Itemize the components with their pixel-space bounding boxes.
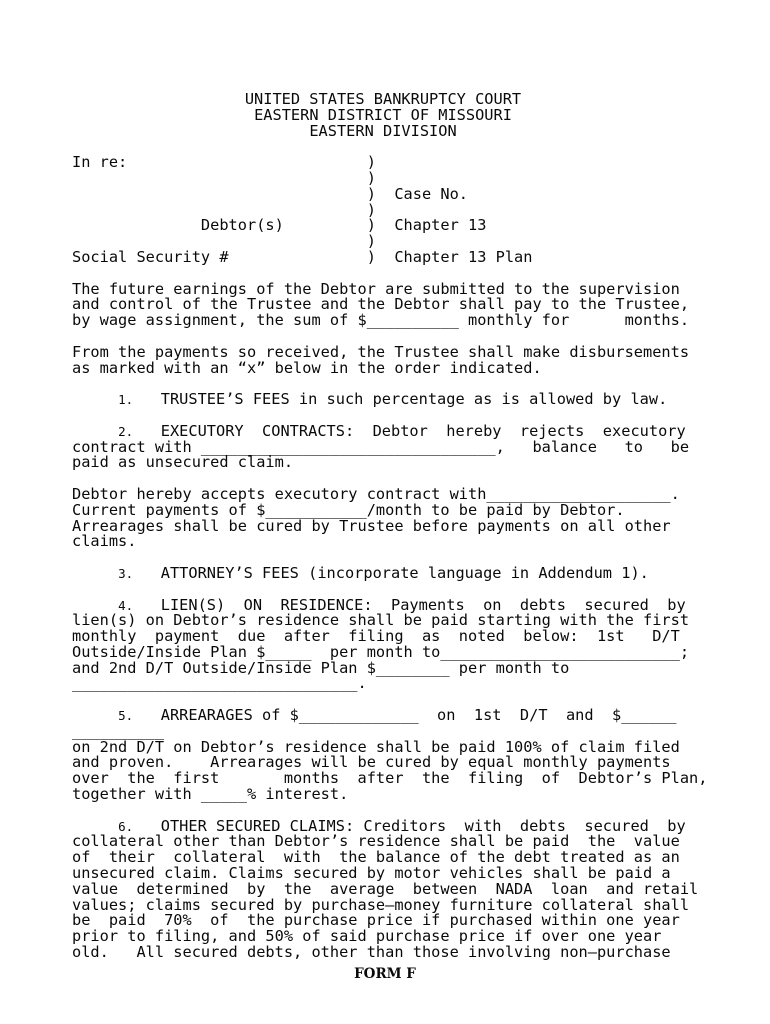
chapter-13-plan-document: UNITED STATES BANKRUPTCY COURTEASTERN DI…: [72, 92, 694, 961]
case-caption-line: Social Security # ) Chapter 13 Plan: [72, 250, 694, 266]
item-2-executory-contracts-line: paid as unsecured claim.: [72, 455, 694, 471]
paragraph-wage-assignment-line: by wage assignment, the sum of $________…: [72, 313, 694, 329]
item-indent: [72, 564, 118, 582]
item-number: 4.: [118, 598, 133, 613]
item-1-trustees-fees-line: 1. TRUSTEE’S FEES in such percentage as …: [72, 392, 694, 408]
paragraph-accepts-contract-line: Arrearages shall be cured by Trustee bef…: [72, 519, 694, 535]
item-number: 3.: [118, 566, 133, 581]
item-number: 1.: [118, 392, 133, 407]
paragraph-accepts-contract-line: claims.: [72, 534, 694, 550]
item-number: 5.: [118, 708, 133, 723]
document-page: UNITED STATES BANKRUPTCY COURTEASTERN DI…: [0, 0, 770, 1024]
item-number: 6.: [118, 819, 133, 834]
item-4-liens-on-residence-line: _______________________________.: [72, 676, 694, 692]
item-text: ARREARAGES of $_____________ on 1st D/T …: [133, 706, 676, 724]
form-label: FORM F: [0, 966, 770, 982]
paragraph-disbursements-line: as marked with an “x” below in the order…: [72, 361, 694, 377]
item-5-arrearages-line: 5. ARREARAGES of $_____________ on 1st D…: [72, 708, 694, 724]
item-indent: [72, 390, 118, 408]
item-5-arrearages-line: together with _____% interest.: [72, 787, 694, 803]
item-text: ATTORNEY’S FEES (incorporate language in…: [133, 564, 649, 582]
court-header-line: EASTERN DIVISION: [72, 124, 694, 140]
item-6-other-secured-claims-line: old. All secured debts, other than those…: [72, 945, 694, 961]
item-number: 2.: [118, 424, 133, 439]
item-text: TRUSTEE’S FEES in such percentage as is …: [133, 390, 667, 408]
item-3-attorneys-fees-line: 3. ATTORNEY’S FEES (incorporate language…: [72, 566, 694, 582]
